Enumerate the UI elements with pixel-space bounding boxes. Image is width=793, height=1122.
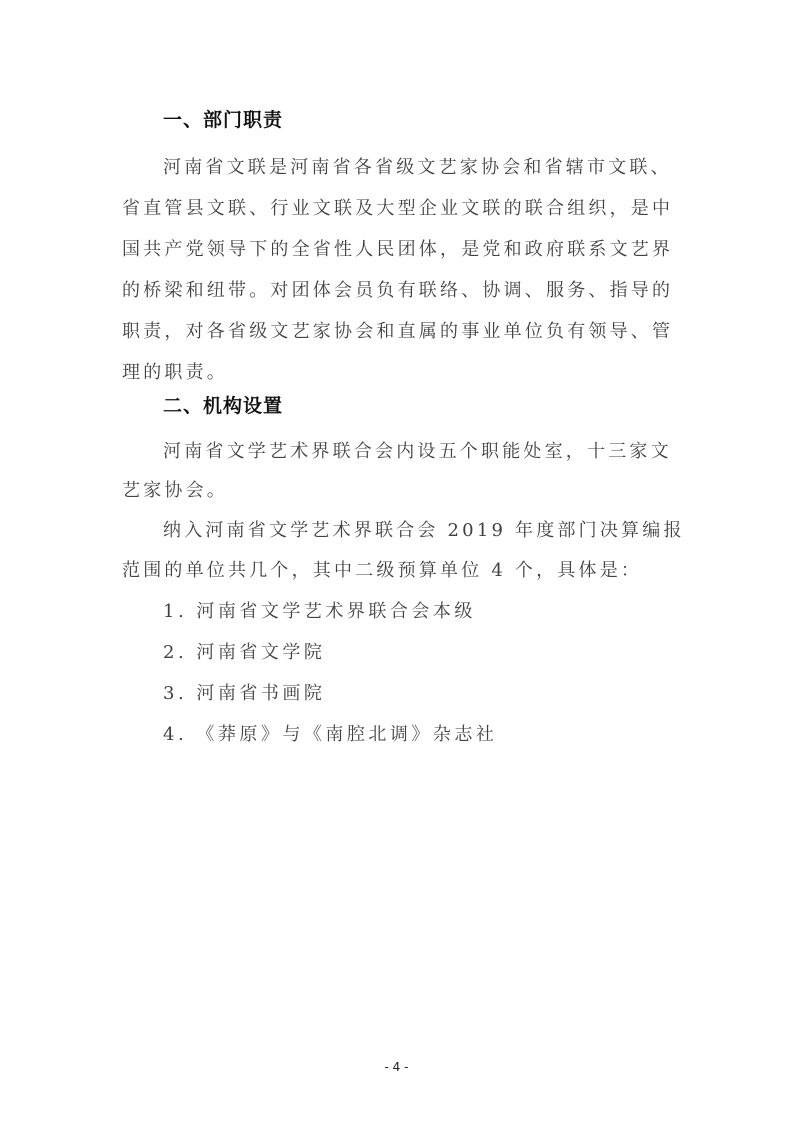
unit-list-item: 2. 河南省文学院 [163,638,325,664]
paragraph-line: 省直管县文联、行业文联及大型企业文联的联合组织，是中 [122,194,674,220]
paragraph-line: 国共产党领导下的全省性人民团体，是党和政府联系文艺界 [122,235,674,261]
unit-list-item: 3. 河南省书画院 [163,679,325,705]
document-page: 一、部门职责 河南省文联是河南省各省级文艺家协会和省辖市文联、 省直管县文联、行… [0,0,793,1122]
paragraph-line: 河南省文学艺术界联合会内设五个职能处室，十三家文 [163,437,715,463]
unit-list-item: 4. 《莽原》与《南腔北调》杂志社 [163,720,497,746]
paragraph-line: 艺家协会。 [122,476,674,502]
unit-list-item: 1. 河南省文学艺术界联合会本级 [163,597,476,623]
paragraph-line: 河南省文联是河南省各省级文艺家协会和省辖市文联、 [163,153,715,179]
paragraph-line: 范围的单位共几个，其中二级预算单位 4 个，具体是： [122,556,674,582]
page-number: - 4 - [0,1060,793,1074]
paragraph-line: 理的职责。 [122,358,674,384]
paragraph-line: 职责，对各省级文艺家协会和直属的事业单位负有领导、管 [122,317,674,343]
section-heading-responsibilities: 一、部门职责 [163,105,283,132]
section-heading-organization: 二、机构设置 [163,391,283,418]
paragraph-line: 纳入河南省文学艺术界联合会 2019 年度部门决算编报 [163,516,715,542]
paragraph-line: 的桥梁和纽带。对团体会员负有联络、协调、服务、指导的 [122,276,674,302]
